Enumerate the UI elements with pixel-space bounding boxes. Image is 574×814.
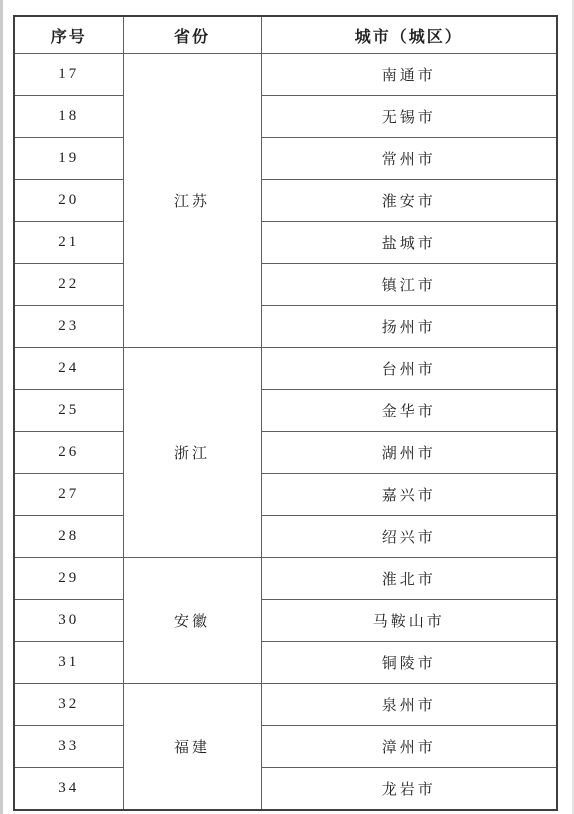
table-row: 19 常州市 xyxy=(14,138,557,180)
seq-cell: 31 xyxy=(14,642,123,684)
seq-cell: 18 xyxy=(14,96,123,138)
city-cell: 漳州市 xyxy=(261,726,557,768)
seq-cell: 34 xyxy=(14,768,123,811)
city-cell: 马鞍山市 xyxy=(261,600,557,642)
city-cell: 常州市 xyxy=(261,138,557,180)
seq-cell: 17 xyxy=(14,54,123,96)
table-row: 24 浙江 台州市 xyxy=(14,348,557,390)
city-cell: 绍兴市 xyxy=(261,516,557,558)
city-cell: 泉州市 xyxy=(261,684,557,726)
city-cell: 嘉兴市 xyxy=(261,474,557,516)
header-row: 序号 省份 城市（城区） xyxy=(14,16,557,54)
seq-cell: 24 xyxy=(14,348,123,390)
city-cell: 南通市 xyxy=(261,54,557,96)
seq-cell: 25 xyxy=(14,390,123,432)
table-row: 20 淮安市 xyxy=(14,180,557,222)
city-cell: 金华市 xyxy=(261,390,557,432)
table-row: 18 无锡市 xyxy=(14,96,557,138)
province-cell: 福建 xyxy=(123,684,261,811)
table-row: 26 湖州市 xyxy=(14,432,557,474)
seq-cell: 27 xyxy=(14,474,123,516)
province-cell: 安徽 xyxy=(123,558,261,684)
page-edge-left xyxy=(0,0,3,814)
city-cell: 盐城市 xyxy=(261,222,557,264)
table-row: 29 安徽 淮北市 xyxy=(14,558,557,600)
seq-cell: 29 xyxy=(14,558,123,600)
seq-cell: 23 xyxy=(14,306,123,348)
city-cell: 淮北市 xyxy=(261,558,557,600)
table-row: 30 马鞍山市 xyxy=(14,600,557,642)
province-cell: 江苏 xyxy=(123,54,261,348)
header-city: 城市（城区） xyxy=(261,16,557,54)
header-seq: 序号 xyxy=(14,16,123,54)
seq-cell: 32 xyxy=(14,684,123,726)
province-cell: 浙江 xyxy=(123,348,261,558)
city-cell: 台州市 xyxy=(261,348,557,390)
table-row: 34 龙岩市 xyxy=(14,768,557,811)
table-row: 27 嘉兴市 xyxy=(14,474,557,516)
province-city-table: 序号 省份 城市（城区） 17 江苏 南通市 18 无锡市 19 常州市 20 … xyxy=(13,15,558,811)
seq-cell: 19 xyxy=(14,138,123,180)
seq-cell: 26 xyxy=(14,432,123,474)
table-row: 31 铜陵市 xyxy=(14,642,557,684)
seq-cell: 30 xyxy=(14,600,123,642)
city-cell: 湖州市 xyxy=(261,432,557,474)
seq-cell: 33 xyxy=(14,726,123,768)
table-row: 22 镇江市 xyxy=(14,264,557,306)
city-cell: 淮安市 xyxy=(261,180,557,222)
city-cell: 扬州市 xyxy=(261,306,557,348)
seq-cell: 20 xyxy=(14,180,123,222)
seq-cell: 21 xyxy=(14,222,123,264)
table-row: 25 金华市 xyxy=(14,390,557,432)
city-cell: 龙岩市 xyxy=(261,768,557,811)
seq-cell: 28 xyxy=(14,516,123,558)
table-row: 28 绍兴市 xyxy=(14,516,557,558)
table-row: 33 漳州市 xyxy=(14,726,557,768)
city-cell: 铜陵市 xyxy=(261,642,557,684)
city-cell: 无锡市 xyxy=(261,96,557,138)
table-row: 21 盐城市 xyxy=(14,222,557,264)
header-province: 省份 xyxy=(123,16,261,54)
seq-cell: 22 xyxy=(14,264,123,306)
table-row: 17 江苏 南通市 xyxy=(14,54,557,96)
city-cell: 镇江市 xyxy=(261,264,557,306)
table-row: 23 扬州市 xyxy=(14,306,557,348)
table-row: 32 福建 泉州市 xyxy=(14,684,557,726)
